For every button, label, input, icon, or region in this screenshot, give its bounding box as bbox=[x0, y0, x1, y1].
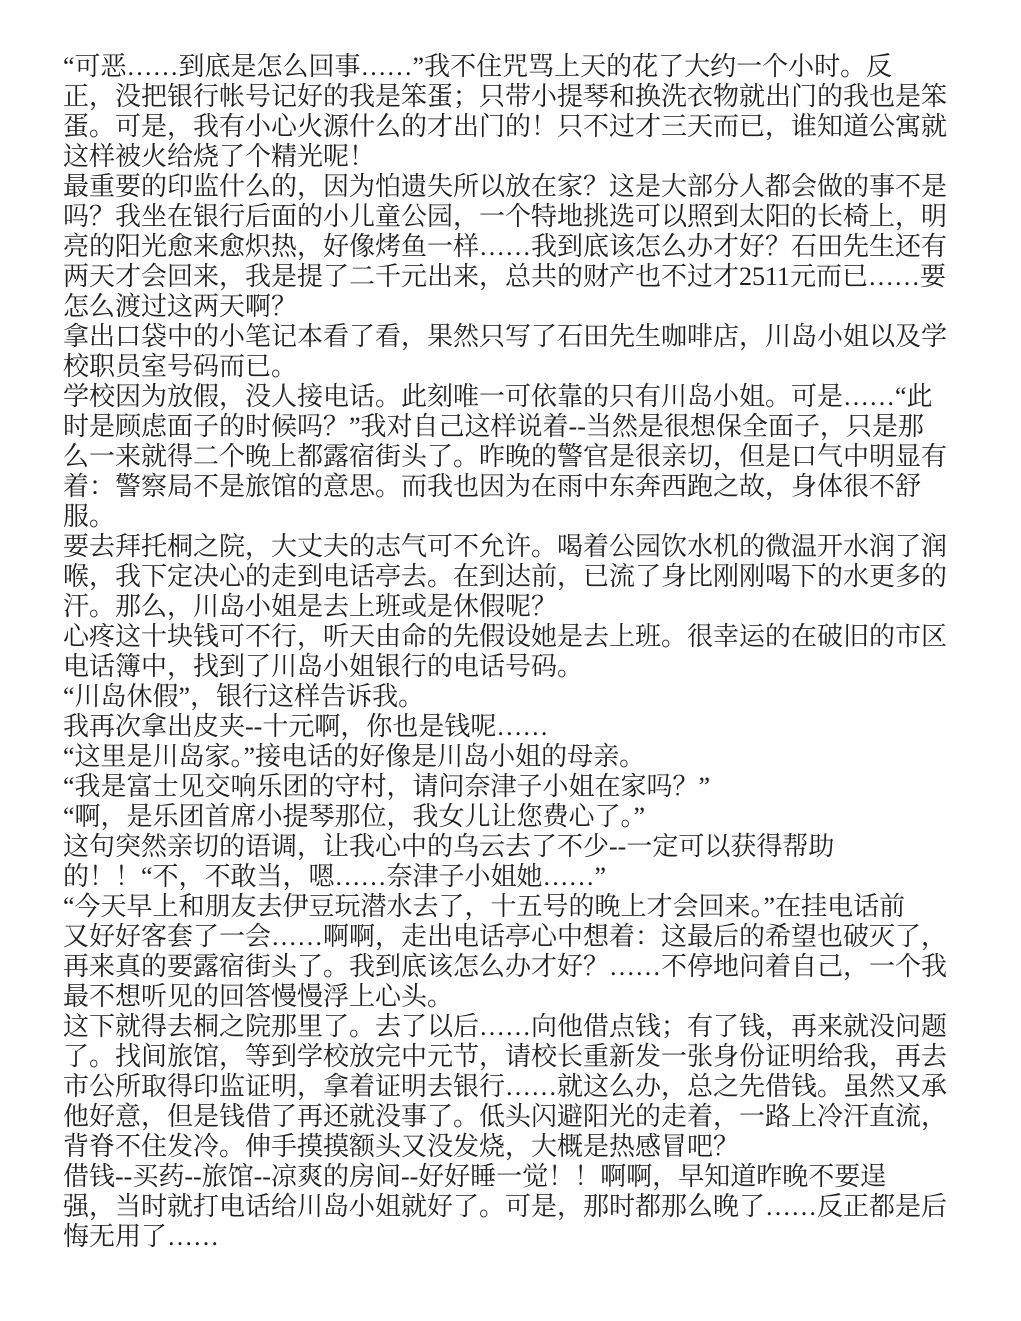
text-line: 这样被火给烧了个精光呢！ bbox=[63, 142, 973, 172]
text-line: 背脊不住发冷。伸手摸摸额头又没发烧，大概是热感冒吧？ bbox=[63, 1132, 973, 1162]
text-line: 校职员室号码而已。 bbox=[63, 352, 973, 382]
text-line: 蛋。可是，我有小心火源什么的才出门的！只不过才三天而已，谁知道公寓就 bbox=[63, 112, 973, 142]
text-line: 吗？我坐在银行后面的小儿童公园，一个特地挑选可以照到太阳的长椅上，明 bbox=[63, 202, 973, 232]
text-block: “可恶……到底是怎么回事……”我不住咒骂上天的花了大约一个小时。反 正，没把银行… bbox=[63, 52, 973, 1252]
text-line: 这下就得去桐之院那里了。去了以后……向他借点钱；有了钱，再来就没问题 bbox=[63, 1012, 973, 1042]
text-line: 亮的阳光愈来愈炽热，好像烤鱼一样……我到底该怎么办才好？石田先生还有 bbox=[63, 232, 973, 262]
text-line: 么一来就得二个晚上都露宿街头了。昨晚的警官是很亲切，但是口气中明显有 bbox=[63, 442, 973, 472]
text-line: 最不想听见的回答慢慢浮上心头。 bbox=[63, 982, 973, 1012]
text-line: 正，没把银行帐号记好的我是笨蛋；只带小提琴和换洗衣物就出门的我也是笨 bbox=[63, 82, 973, 112]
text-line: 着：警察局不是旅馆的意思。而我也因为在雨中东奔西跑之故，身体很不舒 bbox=[63, 472, 973, 502]
text-line: 拿出口袋中的小笔记本看了看，果然只写了石田先生咖啡店，川岛小姐以及学 bbox=[63, 322, 973, 352]
text-line: “可恶……到底是怎么回事……”我不住咒骂上天的花了大约一个小时。反 bbox=[63, 52, 973, 82]
document-page: “可恶……到底是怎么回事……”我不住咒骂上天的花了大约一个小时。反 正，没把银行… bbox=[0, 0, 1021, 1321]
text-line: “我是富士见交响乐团的守村，请问奈津子小姐在家吗？” bbox=[63, 772, 973, 802]
text-line: 服。 bbox=[63, 502, 973, 532]
text-line: “今天早上和朋友去伊豆玩潜水去了，十五号的晚上才会回来。”在挂电话前 bbox=[63, 892, 973, 922]
text-line: 的！！“不，不敢当，嗯……奈津子小姐她……” bbox=[63, 862, 973, 892]
text-line: 要去拜托桐之院，大丈夫的志气可不允许。喝着公园饮水机的微温开水润了润 bbox=[63, 532, 973, 562]
text-line: “啊，是乐团首席小提琴那位，我女儿让您费心了。” bbox=[63, 802, 973, 832]
text-line: 借钱--买药--旅馆--凉爽的房间--好好睡一觉！！啊啊，早知道昨晚不要逞 bbox=[63, 1162, 973, 1192]
text-line: 喉，我下定决心的走到电话亭去。在到达前，已流了身比刚刚喝下的水更多的 bbox=[63, 562, 973, 592]
text-line: “川岛休假”，银行这样告诉我。 bbox=[63, 682, 973, 712]
text-line: 电话簿中，找到了川岛小姐银行的电话号码。 bbox=[63, 652, 973, 682]
text-line: 市公所取得印监证明，拿着证明去银行……就这么办，总之先借钱。虽然又承 bbox=[63, 1072, 973, 1102]
text-line: “这里是川岛家。”接电话的好像是川岛小姐的母亲。 bbox=[63, 742, 973, 772]
text-line: 强，当时就打电话给川岛小姐就好了。可是，那时都那么晚了……反正都是后 bbox=[63, 1192, 973, 1222]
text-line: 了。找间旅馆，等到学校放完中元节，请校长重新发一张身份证明给我，再去 bbox=[63, 1042, 973, 1072]
text-line: 这句突然亲切的语调，让我心中的乌云去了不少--一定可以获得帮助 bbox=[63, 832, 973, 862]
text-line: 又好好客套了一会……啊啊，走出电话亭心中想着：这最后的希望也破灭了， bbox=[63, 922, 973, 952]
text-line: 时是顾虑面子的时候吗？”我对自己这样说着--当然是很想保全面子，只是那 bbox=[63, 412, 973, 442]
text-line: 我再次拿出皮夹--十元啊，你也是钱呢…… bbox=[63, 712, 973, 742]
text-line: 汗。那么，川岛小姐是去上班或是休假呢？ bbox=[63, 592, 973, 622]
text-line: 心疼这十块钱可不行，听天由命的先假设她是去上班。很幸运的在破旧的市区 bbox=[63, 622, 973, 652]
text-line: 他好意，但是钱借了再还就没事了。低头闪避阳光的走着，一路上冷汗直流， bbox=[63, 1102, 973, 1132]
text-line: 悔无用了…… bbox=[63, 1222, 973, 1252]
text-line: 两天才会回来，我是提了二千元出来，总共的财产也不过才2511元而已……要 bbox=[63, 262, 973, 292]
text-line: 再来真的要露宿街头了。我到底该怎么办才好？……不停地问着自己，一个我 bbox=[63, 952, 973, 982]
text-line: 怎么渡过这两天啊？ bbox=[63, 292, 973, 322]
text-line: 最重要的印监什么的，因为怕遗失所以放在家？这是大部分人都会做的事不是 bbox=[63, 172, 973, 202]
text-line: 学校因为放假，没人接电话。此刻唯一可依靠的只有川岛小姐。可是……“此 bbox=[63, 382, 973, 412]
